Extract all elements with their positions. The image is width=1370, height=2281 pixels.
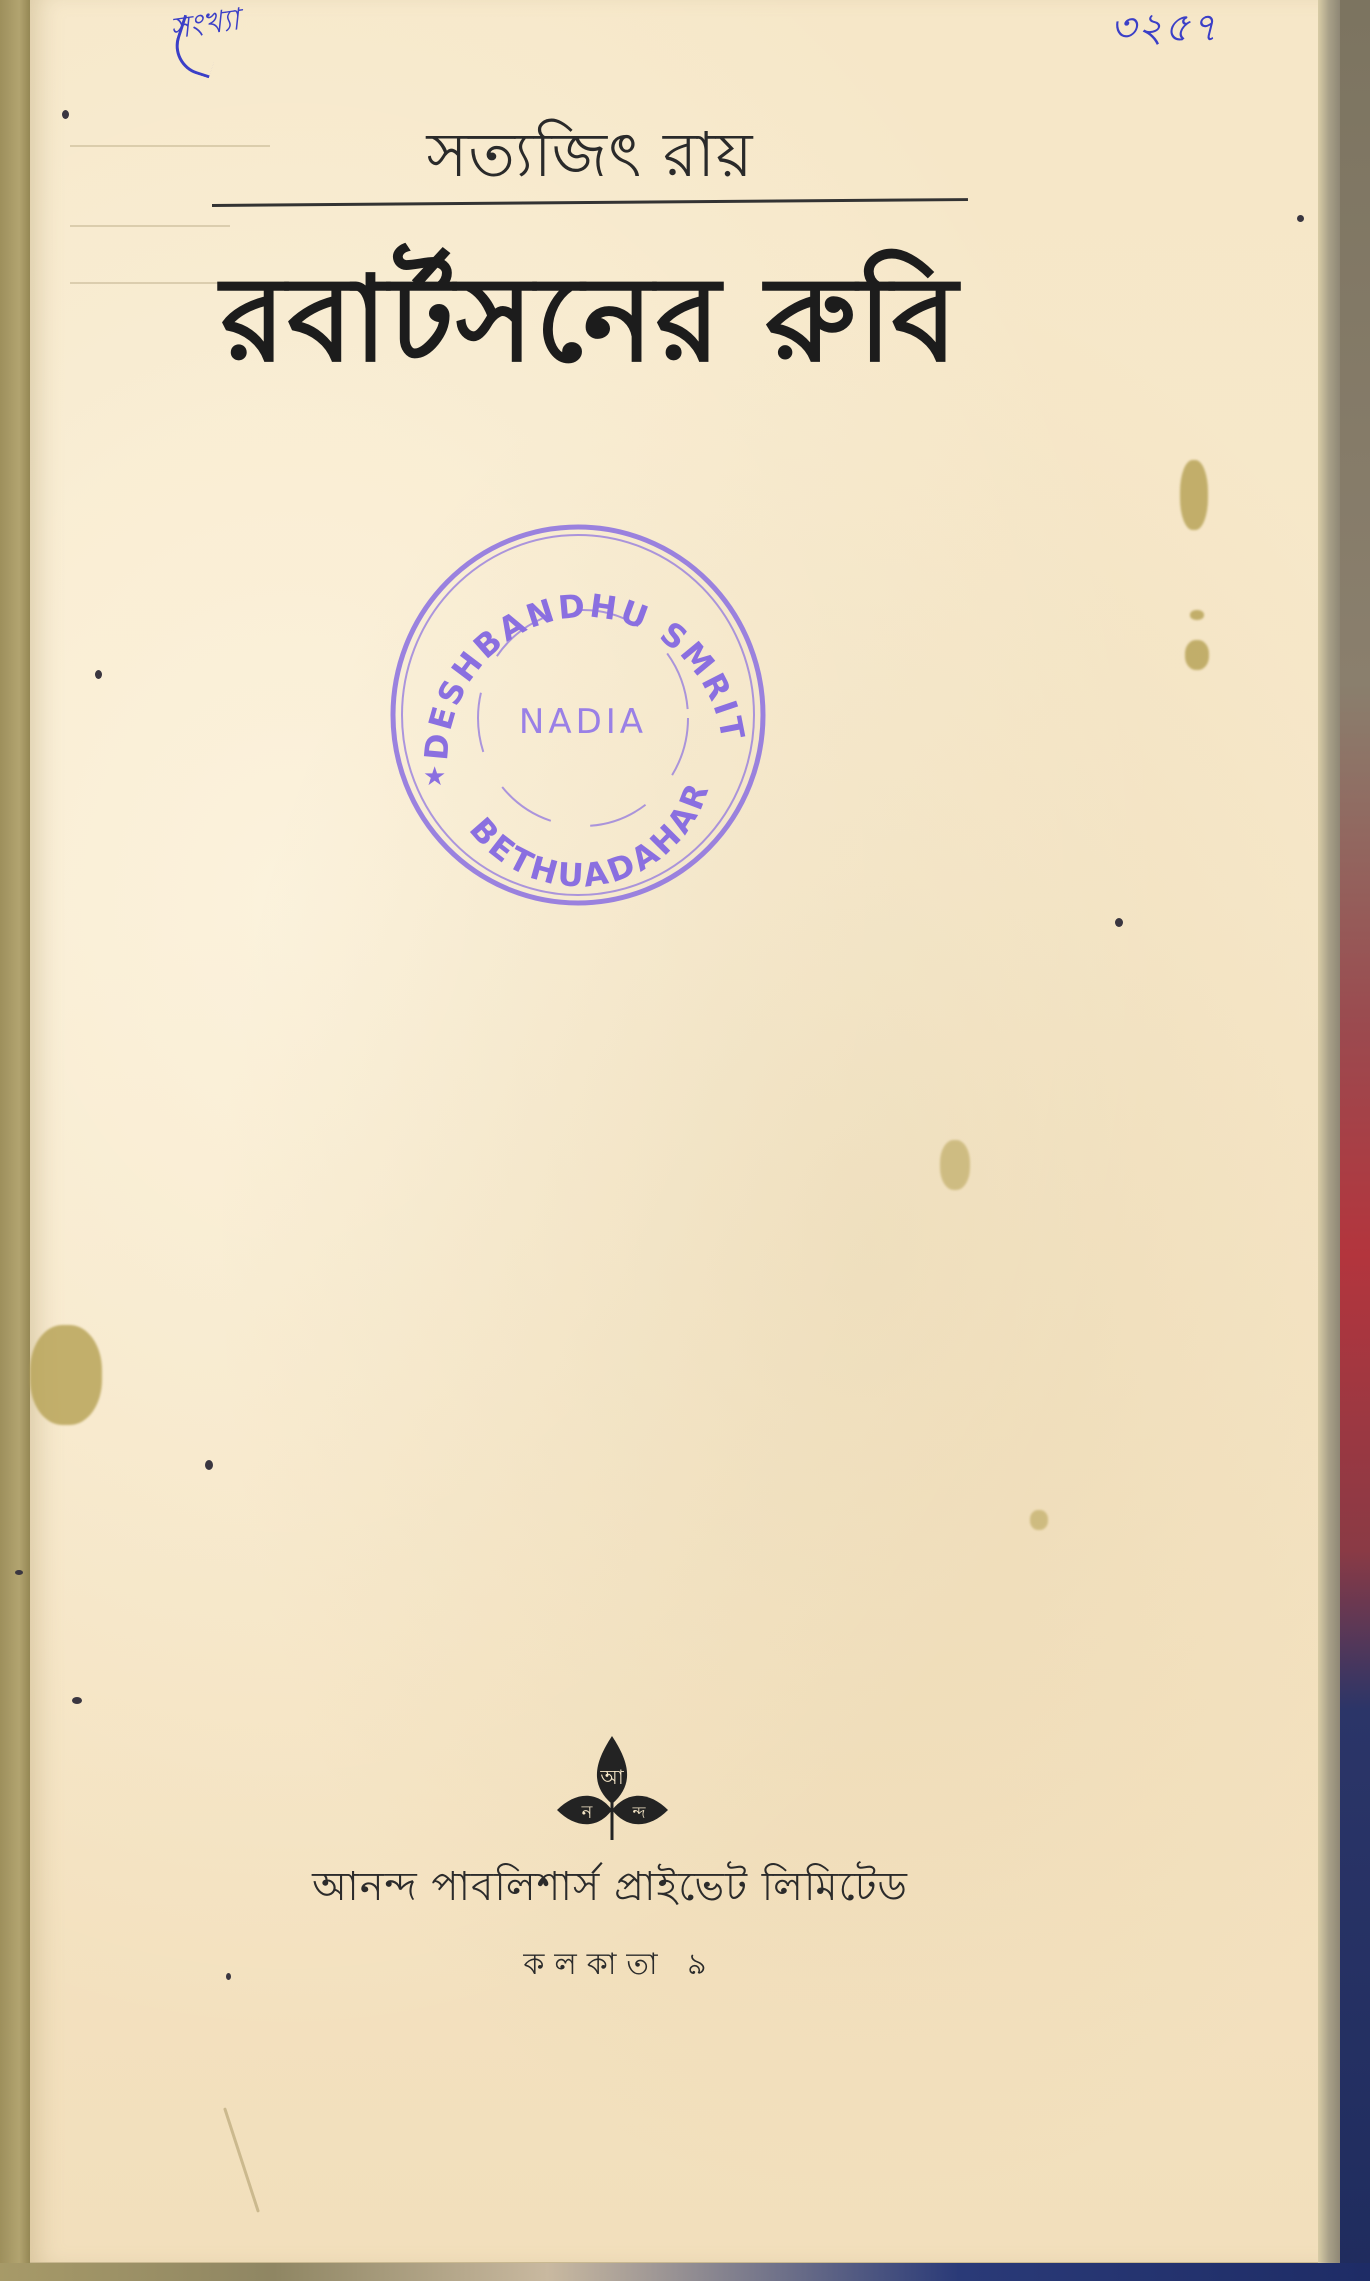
three-leaf-logo-icon: আ ন ন্দ (555, 1732, 670, 1842)
scan-bottom-edge (0, 2263, 1370, 2281)
paper-speck (62, 110, 69, 119)
paper-stain (940, 1140, 970, 1190)
paper-crease (70, 225, 230, 227)
page-edge-shadow (1318, 0, 1340, 2281)
publisher-name: আনন্দ পাবলিশার্স প্রাইভেট লিমিটেড (200, 1855, 1020, 1922)
stamp-graphic: DESHBANDHU SMRITI PATHAGAR BETHUADAHARI … (378, 500, 778, 920)
paper-speck (1297, 215, 1304, 222)
author-name: সত্যজিৎ রায় (210, 108, 970, 211)
paper-speck (205, 1460, 213, 1470)
stamp-center-text: NADIA (519, 702, 647, 742)
stamp-star-icon: ★ (423, 762, 446, 792)
paper-stain (1180, 460, 1208, 530)
publisher-city: কলকাতা ৯ (200, 1940, 1040, 1991)
paper-stain (30, 1325, 102, 1425)
logo-letter: ন্দ (632, 1803, 647, 1822)
book-title: রবার্টসনের রুবি (200, 228, 980, 426)
paper-speck (1115, 918, 1123, 927)
paper-stain (1190, 610, 1204, 620)
publisher-logo: আ ন ন্দ (555, 1732, 670, 1842)
logo-letter: ন (581, 1802, 593, 1823)
paper-speck (15, 1570, 23, 1575)
paper-stain (1030, 1510, 1048, 1530)
book-cover-edge (1340, 0, 1370, 2281)
book-binding (0, 0, 32, 2281)
logo-letter: আ (599, 1765, 624, 1789)
library-stamp: DESHBANDHU SMRITI PATHAGAR BETHUADAHARI … (378, 500, 778, 920)
paper-speck (72, 1697, 82, 1704)
handwritten-accession-number: ৩২৫৭ (1110, 0, 1218, 63)
paper-stain (1185, 640, 1209, 670)
paper-speck (95, 670, 102, 679)
